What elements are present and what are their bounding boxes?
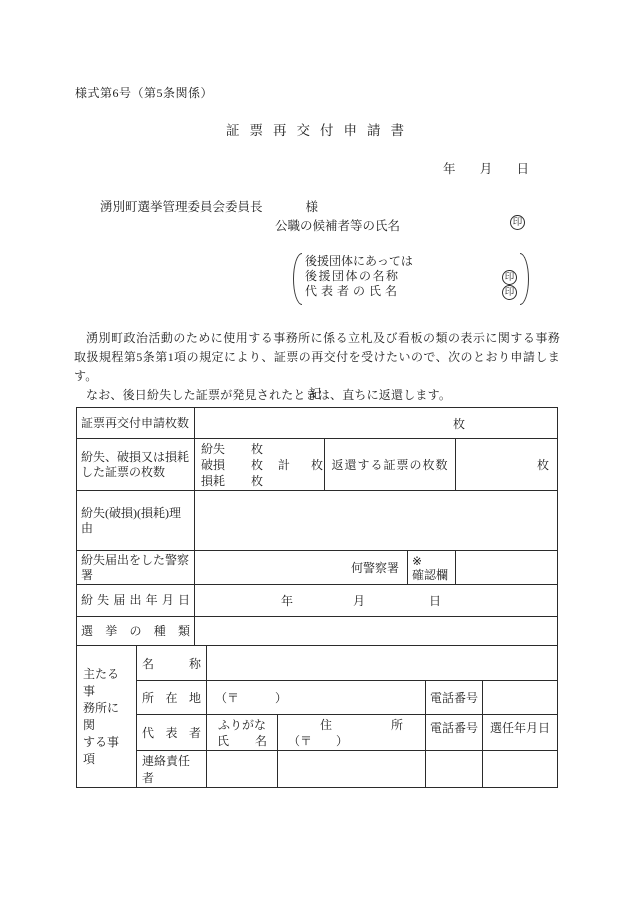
report-date-value-cell: 年 月 日	[195, 585, 557, 616]
date-day-label: 日	[516, 159, 529, 177]
right-bracket	[520, 253, 529, 305]
addressee-name: 湧別町選挙管理委員会委員長	[100, 200, 263, 214]
reissue-count-label: 証票再交付申請枚数	[77, 408, 195, 438]
name-label: 氏名	[207, 733, 277, 749]
main-office-subtable: 名称 所在地 （〒 ） 電話番号 代表者	[137, 646, 557, 787]
lost-detail-cell: 紛失枚 破損枚計枚 損耗枚	[195, 439, 325, 490]
day-label: 日	[429, 592, 441, 609]
postal-mark: （〒 ）	[278, 733, 425, 749]
reference-mark: ※	[412, 554, 451, 568]
contact-name-cell	[207, 751, 278, 787]
seal-icon: 印	[510, 215, 525, 230]
addressee-line: 湧別町選挙管理委員会委員長様	[100, 197, 318, 215]
return-count-label: 返還する証票の枚数	[325, 439, 456, 490]
office-phone-label: 電話番号	[426, 681, 483, 714]
date-month-label: 月	[480, 159, 493, 177]
representative-phone-label: 電話番号	[426, 715, 483, 750]
office-address-row: 所在地 （〒 ） 電話番号	[137, 681, 557, 715]
office-phone-value-cell	[483, 681, 557, 714]
left-bracket	[293, 253, 302, 305]
date-line: 年 月 日	[443, 159, 529, 177]
ki-heading: 記	[0, 384, 630, 402]
year-label: 年	[281, 592, 293, 609]
form-code: 様式第6号（第5条関係）	[75, 84, 213, 101]
furigana-label: ふりがな	[218, 717, 266, 733]
support-group-lines: 後援団体にあっては 後援団体の名称 印 代表者の氏名 印	[305, 254, 515, 299]
confirmation-label: 確認欄	[412, 568, 451, 582]
seal-icon: 印	[502, 270, 517, 285]
office-name-value-cell	[207, 646, 557, 680]
damaged-line: 破損枚計枚	[201, 457, 323, 473]
furigana-name-cell: ふりがな 氏名	[207, 715, 278, 750]
table-row-lost-count: 紛失、破損又は損耗した証票の枚数 紛失枚 破損枚計枚 損耗枚 返還する証票の枚数…	[77, 439, 557, 491]
worn-line: 損耗枚	[201, 473, 323, 489]
reason-value-cell	[195, 491, 557, 550]
reason-label: 紛失(破損)(損耗)理由	[77, 491, 195, 550]
lost-line: 紛失枚	[201, 441, 323, 457]
month-label: 月	[353, 592, 365, 609]
support-line-1: 後援団体にあっては	[305, 254, 515, 269]
police-station-suffix: 何警察署	[351, 559, 399, 576]
lost-count-label: 紛失、破損又は損耗した証票の枚数	[77, 439, 195, 490]
table-row-reissue-count: 証票再交付申請枚数 枚	[77, 408, 557, 439]
application-table: 証票再交付申請枚数 枚 紛失、破損又は損耗した証票の枚数 紛失枚 破損枚計枚 損…	[76, 407, 558, 788]
table-row-main-office: 主たる事 務所に関 する事項 名称 所在地 （〒 ）	[77, 646, 557, 787]
contact-address-cell	[278, 751, 426, 787]
election-type-label: 選挙の種類	[77, 617, 195, 645]
return-count-value-cell: 枚	[456, 439, 557, 490]
address-header: 住所	[278, 717, 425, 733]
office-name-label: 名称	[137, 646, 207, 680]
page-title: 証票再交付申請書	[0, 119, 630, 139]
contact-person-label: 連絡責任者	[137, 751, 207, 787]
postal-mark: （〒 ）	[215, 689, 287, 706]
seal-icon: 印	[502, 285, 517, 300]
date-year-label: 年	[443, 159, 456, 177]
contact-phone-cell	[426, 751, 483, 787]
representative-row: 代表者 ふりがな 氏名 住所 （〒 ） 電話番号 選任年月日	[137, 715, 557, 751]
confirmation-value-cell	[456, 551, 557, 584]
office-name-row: 名称	[137, 646, 557, 681]
police-station-cell: 何警察署	[195, 551, 408, 584]
office-address-value-cell: （〒 ）	[207, 681, 426, 714]
election-type-value-cell	[195, 617, 557, 645]
appointment-date-label: 選任年月日	[483, 715, 557, 750]
representative-address-cell: 住所 （〒 ）	[278, 715, 426, 750]
police-label: 紛失届出をした警察署	[77, 551, 195, 584]
contact-person-row: 連絡責任者	[137, 751, 557, 787]
unit-label: 枚	[453, 415, 465, 432]
contact-appointment-cell	[483, 751, 557, 787]
representative-label: 代表者	[137, 715, 207, 750]
table-row-election-type: 選挙の種類	[77, 617, 557, 646]
body-paragraph-1: 湧別町政治活動のために使用する事務所に係る立札及び看板の類の表示に関する事務取扱…	[74, 329, 560, 386]
table-row-police: 紛失届出をした警察署 何警察署 ※ 確認欄	[77, 551, 557, 585]
unit-label: 枚	[537, 456, 549, 473]
main-office-label: 主たる事 務所に関 する事項	[77, 646, 137, 787]
report-date-label: 紛失届出年月日	[77, 585, 195, 616]
table-row-report-date: 紛失届出年月日 年 月 日	[77, 585, 557, 617]
form-page: 様式第6号（第5条関係） 証票再交付申請書 年 月 日 湧別町選挙管理委員会委員…	[0, 0, 630, 915]
honorific: 様	[306, 200, 319, 214]
table-row-reason: 紛失(破損)(損耗)理由	[77, 491, 557, 551]
support-group-block: 後援団体にあっては 後援団体の名称 印 代表者の氏名 印	[293, 252, 529, 306]
confirmation-column-cell: ※ 確認欄	[408, 551, 456, 584]
support-line-3: 代表者の氏名 印	[305, 284, 515, 299]
support-line-2: 後援団体の名称 印	[305, 269, 515, 284]
reissue-count-value-cell: 枚	[195, 408, 557, 438]
office-address-label: 所在地	[137, 681, 207, 714]
candidate-name-label: 公職の候補者等の氏名	[275, 216, 400, 234]
